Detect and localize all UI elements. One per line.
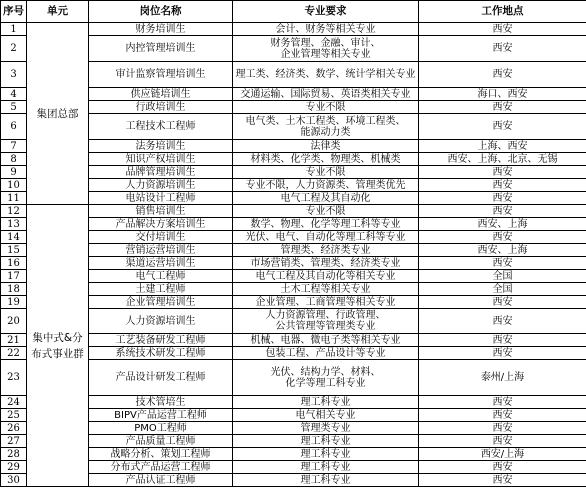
cell-location: 西安、上海、北京、无锡 bbox=[419, 153, 586, 166]
cell-location: 西安 bbox=[419, 231, 586, 244]
cell-no: 3 bbox=[1, 62, 27, 88]
cell-location: 西安 bbox=[419, 409, 586, 422]
table-row: 1 集团总部 财务培训生 会计、财务等相关专业 西安 bbox=[1, 23, 586, 36]
cell-position: 营销运营培训生 bbox=[89, 244, 233, 257]
cell-major: 理工科专业 bbox=[233, 461, 419, 474]
major-line: 人力资源管理、行政管理、 bbox=[235, 310, 416, 321]
cell-no: 4 bbox=[1, 88, 27, 101]
table-row: 17 电气工程师 电气工程及其自动化等相关专业 全国 bbox=[1, 270, 586, 283]
cell-position: 供应链培训生 bbox=[89, 88, 233, 101]
cell-location: 西安 bbox=[419, 396, 586, 409]
cell-major: 理工科专业 bbox=[233, 435, 419, 448]
cell-position: 系统技术研发工程师 bbox=[89, 347, 233, 360]
cell-location: 西安 bbox=[419, 435, 586, 448]
cell-major: 理工科专业 bbox=[233, 448, 419, 461]
cell-location: 海口、西安 bbox=[419, 88, 586, 101]
cell-unit-group: 集团总部 bbox=[27, 23, 89, 205]
cell-location: 西安/上海 bbox=[419, 448, 586, 461]
cell-location: 西安 bbox=[419, 474, 586, 487]
table-row: 26 PMO工程师 管理类专业 西安 bbox=[1, 422, 586, 435]
table-row: 13 产品解决方案培训生 数学、物理、化学等理工科等专业 西安、上海 bbox=[1, 218, 586, 231]
table-row: 15 营销运营培训生 管理类、经济类专业 西安、上海 bbox=[1, 244, 586, 257]
cell-major: 理工科专业 bbox=[233, 474, 419, 487]
cell-position: 产品设计研发工程师 bbox=[89, 360, 233, 396]
cell-location: 西安 bbox=[419, 334, 586, 347]
cell-position: 内控管理培训生 bbox=[89, 36, 233, 62]
cell-position: 行政培训生 bbox=[89, 101, 233, 114]
cell-major: 电气类、土木工程类、环境工程类、 能源动力类 bbox=[233, 114, 419, 140]
cell-position: BIPV产品运营工程师 bbox=[89, 409, 233, 422]
cell-location: 西安、上海 bbox=[419, 218, 586, 231]
table-header-row: 序号 单元 岗位名称 专业要求 工作地点 bbox=[1, 1, 586, 23]
cell-major: 理工科专业 bbox=[233, 396, 419, 409]
major-line: 能源动力类 bbox=[235, 127, 416, 138]
cell-position: 土建工程师 bbox=[89, 283, 233, 296]
table-row: 19 企业管理培训生 企业管理、工商管理等相关专业 西安 bbox=[1, 296, 586, 309]
cell-major: 机械、电器、微电子类等相关专业 bbox=[233, 334, 419, 347]
cell-location: 泰州/上海 bbox=[419, 360, 586, 396]
cell-location: 全国 bbox=[419, 283, 586, 296]
cell-position: 法务培训生 bbox=[89, 140, 233, 153]
major-line: 财务管理、金融、审计、 bbox=[235, 38, 416, 49]
cell-major: 电气工程及其自动化 bbox=[233, 192, 419, 205]
cell-location: 全国 bbox=[419, 270, 586, 283]
cell-position: 工艺装备研发工程师 bbox=[89, 334, 233, 347]
table-row: 4 供应链培训生 交通运输、国际贸易、英语类相关专业 海口、西安 bbox=[1, 88, 586, 101]
cell-no: 10 bbox=[1, 179, 27, 192]
cell-position: 财务培训生 bbox=[89, 23, 233, 36]
cell-position: 工程技术工程师 bbox=[89, 114, 233, 140]
major-line: 企业管理等相关专业 bbox=[235, 49, 416, 60]
cell-position: 电站设计工程师 bbox=[89, 192, 233, 205]
table-row: 22 系统技术研发工程师 包装工程、产品设计等专业 西安 bbox=[1, 347, 586, 360]
cell-major: 市场营销类、管理类、经济类专业 bbox=[233, 257, 419, 270]
cell-no: 22 bbox=[1, 347, 27, 360]
table-row: 21 工艺装备研发工程师 机械、电器、微电子类等相关专业 西安 bbox=[1, 334, 586, 347]
cell-major: 法律类 bbox=[233, 140, 419, 153]
cell-location: 西安 bbox=[419, 422, 586, 435]
cell-position: 品牌管理培训生 bbox=[89, 166, 233, 179]
cell-position: 电气工程师 bbox=[89, 270, 233, 283]
cell-no: 23 bbox=[1, 360, 27, 396]
cell-position: PMO工程师 bbox=[89, 422, 233, 435]
cell-location: 西安 bbox=[419, 166, 586, 179]
cell-no: 15 bbox=[1, 244, 27, 257]
major-line: 公共管理等管理类专业 bbox=[235, 321, 416, 332]
cell-major: 专业不限 bbox=[233, 205, 419, 218]
cell-no: 17 bbox=[1, 270, 27, 283]
cell-position: 渠道运营培训生 bbox=[89, 257, 233, 270]
cell-location: 西安 bbox=[419, 114, 586, 140]
job-positions-table: 序号 单元 岗位名称 专业要求 工作地点 1 集团总部 财务培训生 会计、财务等… bbox=[0, 0, 586, 487]
table-row: 27 产品质量工程师 理工科专业 西安 bbox=[1, 435, 586, 448]
unit-line: 布式事业群 bbox=[29, 346, 86, 362]
cell-location: 西安 bbox=[419, 62, 586, 88]
header-unit: 单元 bbox=[27, 1, 89, 23]
cell-location: 西安、上海 bbox=[419, 244, 586, 257]
cell-location: 西安 bbox=[419, 23, 586, 36]
cell-no: 29 bbox=[1, 461, 27, 474]
table-row: 11 电站设计工程师 电气工程及其自动化 西安 bbox=[1, 192, 586, 205]
cell-no: 8 bbox=[1, 153, 27, 166]
cell-major: 材料类、化学类、物理类、机械类 bbox=[233, 153, 419, 166]
cell-no: 21 bbox=[1, 334, 27, 347]
cell-major: 专业不限，人力资源类、管理类优先 bbox=[233, 179, 419, 192]
table-row: 10 人力资源培训生 专业不限，人力资源类、管理类优先 西安 bbox=[1, 179, 586, 192]
table-row: 12 集中式&分 布式事业群 销售培训生 专业不限 西安 bbox=[1, 205, 586, 218]
cell-major: 电气相关专业 bbox=[233, 409, 419, 422]
cell-no: 24 bbox=[1, 396, 27, 409]
cell-location: 西安 bbox=[419, 347, 586, 360]
table-row: 29 分布式产品运营工程师 理工科专业 西安 bbox=[1, 461, 586, 474]
cell-no: 5 bbox=[1, 101, 27, 114]
table-row: 2 内控管理培训生 财务管理、金融、审计、 企业管理等相关专业 西安 bbox=[1, 36, 586, 62]
cell-major: 管理类专业 bbox=[233, 422, 419, 435]
cell-position: 交付培训生 bbox=[89, 231, 233, 244]
cell-major: 理工类、经济类、数学、统计学相关专业 bbox=[233, 62, 419, 88]
cell-position: 知识产权培训生 bbox=[89, 153, 233, 166]
major-line: 光伏、结构力学、材料、 bbox=[235, 367, 416, 378]
table-row: 5 行政培训生 专业不限 西安 bbox=[1, 101, 586, 114]
cell-no: 25 bbox=[1, 409, 27, 422]
cell-position: 分布式产品运营工程师 bbox=[89, 461, 233, 474]
cell-major: 企业管理、工商管理等相关专业 bbox=[233, 296, 419, 309]
cell-position: 技术管培生 bbox=[89, 396, 233, 409]
table-row: 24 技术管培生 理工科专业 西安 bbox=[1, 396, 586, 409]
table-row: 18 土建工程师 土木工程等相关专业 全国 bbox=[1, 283, 586, 296]
table-row: 7 法务培训生 法律类 上海、西安 bbox=[1, 140, 586, 153]
table-row: 20 人力资源培训生 人力资源管理、行政管理、 公共管理等管理类专业 西安 bbox=[1, 309, 586, 334]
header-no: 序号 bbox=[1, 1, 27, 23]
cell-major: 光伏、电气、自动化等理工科等专业 bbox=[233, 231, 419, 244]
cell-position: 人力资源培训生 bbox=[89, 179, 233, 192]
header-major: 专业要求 bbox=[233, 1, 419, 23]
table-row: 9 品牌管理培训生 专业不限 西安 bbox=[1, 166, 586, 179]
cell-major: 人力资源管理、行政管理、 公共管理等管理类专业 bbox=[233, 309, 419, 334]
table-row: 28 战略分析、策划工程师 理工科专业 西安/上海 bbox=[1, 448, 586, 461]
cell-major: 包装工程、产品设计等专业 bbox=[233, 347, 419, 360]
cell-location: 西安 bbox=[419, 192, 586, 205]
cell-major: 电气工程及其自动化等相关专业 bbox=[233, 270, 419, 283]
cell-major: 财务管理、金融、审计、 企业管理等相关专业 bbox=[233, 36, 419, 62]
cell-position: 审计监察管理培训生 bbox=[89, 62, 233, 88]
cell-no: 6 bbox=[1, 114, 27, 140]
cell-location: 西安 bbox=[419, 36, 586, 62]
cell-position: 产品认证工程师 bbox=[89, 474, 233, 487]
cell-location: 西安 bbox=[419, 205, 586, 218]
cell-no: 2 bbox=[1, 36, 27, 62]
cell-location: 上海、西安 bbox=[419, 140, 586, 153]
table-row: 14 交付培训生 光伏、电气、自动化等理工科等专业 西安 bbox=[1, 231, 586, 244]
major-line: 化学等理工科专业 bbox=[235, 378, 416, 389]
cell-position: 产品质量工程师 bbox=[89, 435, 233, 448]
header-location: 工作地点 bbox=[419, 1, 586, 23]
table-row: 25 BIPV产品运营工程师 电气相关专业 西安 bbox=[1, 409, 586, 422]
table-row: 16 渠道运营培训生 市场营销类、管理类、经济类专业 西安 bbox=[1, 257, 586, 270]
cell-location: 西安 bbox=[419, 309, 586, 334]
cell-major: 数学、物理、化学等理工科等专业 bbox=[233, 218, 419, 231]
cell-no: 11 bbox=[1, 192, 27, 205]
cell-unit-group: 集中式&分 布式事业群 bbox=[27, 205, 89, 487]
cell-major: 土木工程等相关专业 bbox=[233, 283, 419, 296]
cell-no: 28 bbox=[1, 448, 27, 461]
cell-major: 专业不限 bbox=[233, 101, 419, 114]
cell-no: 14 bbox=[1, 231, 27, 244]
header-position: 岗位名称 bbox=[89, 1, 233, 23]
cell-no: 18 bbox=[1, 283, 27, 296]
table-row: 6 工程技术工程师 电气类、土木工程类、环境工程类、 能源动力类 西安 bbox=[1, 114, 586, 140]
cell-no: 9 bbox=[1, 166, 27, 179]
cell-major: 管理类、经济类专业 bbox=[233, 244, 419, 257]
cell-position: 销售培训生 bbox=[89, 205, 233, 218]
cell-location: 西安 bbox=[419, 257, 586, 270]
cell-no: 19 bbox=[1, 296, 27, 309]
cell-major: 专业不限 bbox=[233, 166, 419, 179]
cell-no: 7 bbox=[1, 140, 27, 153]
cell-no: 27 bbox=[1, 435, 27, 448]
cell-no: 26 bbox=[1, 422, 27, 435]
cell-major: 会计、财务等相关专业 bbox=[233, 23, 419, 36]
cell-no: 30 bbox=[1, 474, 27, 487]
cell-position: 战略分析、策划工程师 bbox=[89, 448, 233, 461]
cell-major: 光伏、结构力学、材料、 化学等理工科专业 bbox=[233, 360, 419, 396]
cell-no: 13 bbox=[1, 218, 27, 231]
cell-position: 企业管理培训生 bbox=[89, 296, 233, 309]
cell-location: 西安 bbox=[419, 296, 586, 309]
cell-no: 16 bbox=[1, 257, 27, 270]
cell-no: 20 bbox=[1, 309, 27, 334]
table-row: 3 审计监察管理培训生 理工类、经济类、数学、统计学相关专业 西安 bbox=[1, 62, 586, 88]
cell-no: 1 bbox=[1, 23, 27, 36]
cell-position: 人力资源培训生 bbox=[89, 309, 233, 334]
table-row: 30 产品认证工程师 理工科专业 西安 bbox=[1, 474, 586, 487]
unit-line: 集中式&分 bbox=[29, 330, 86, 346]
cell-location: 西安 bbox=[419, 461, 586, 474]
table-row: 8 知识产权培训生 材料类、化学类、物理类、机械类 西安、上海、北京、无锡 bbox=[1, 153, 586, 166]
cell-location: 西安 bbox=[419, 101, 586, 114]
cell-no: 12 bbox=[1, 205, 27, 218]
cell-position: 产品解决方案培训生 bbox=[89, 218, 233, 231]
major-line: 电气类、土木工程类、环境工程类、 bbox=[235, 116, 416, 127]
table-row: 23 产品设计研发工程师 光伏、结构力学、材料、 化学等理工科专业 泰州/上海 bbox=[1, 360, 586, 396]
cell-location: 西安 bbox=[419, 179, 586, 192]
cell-major: 交通运输、国际贸易、英语类相关专业 bbox=[233, 88, 419, 101]
